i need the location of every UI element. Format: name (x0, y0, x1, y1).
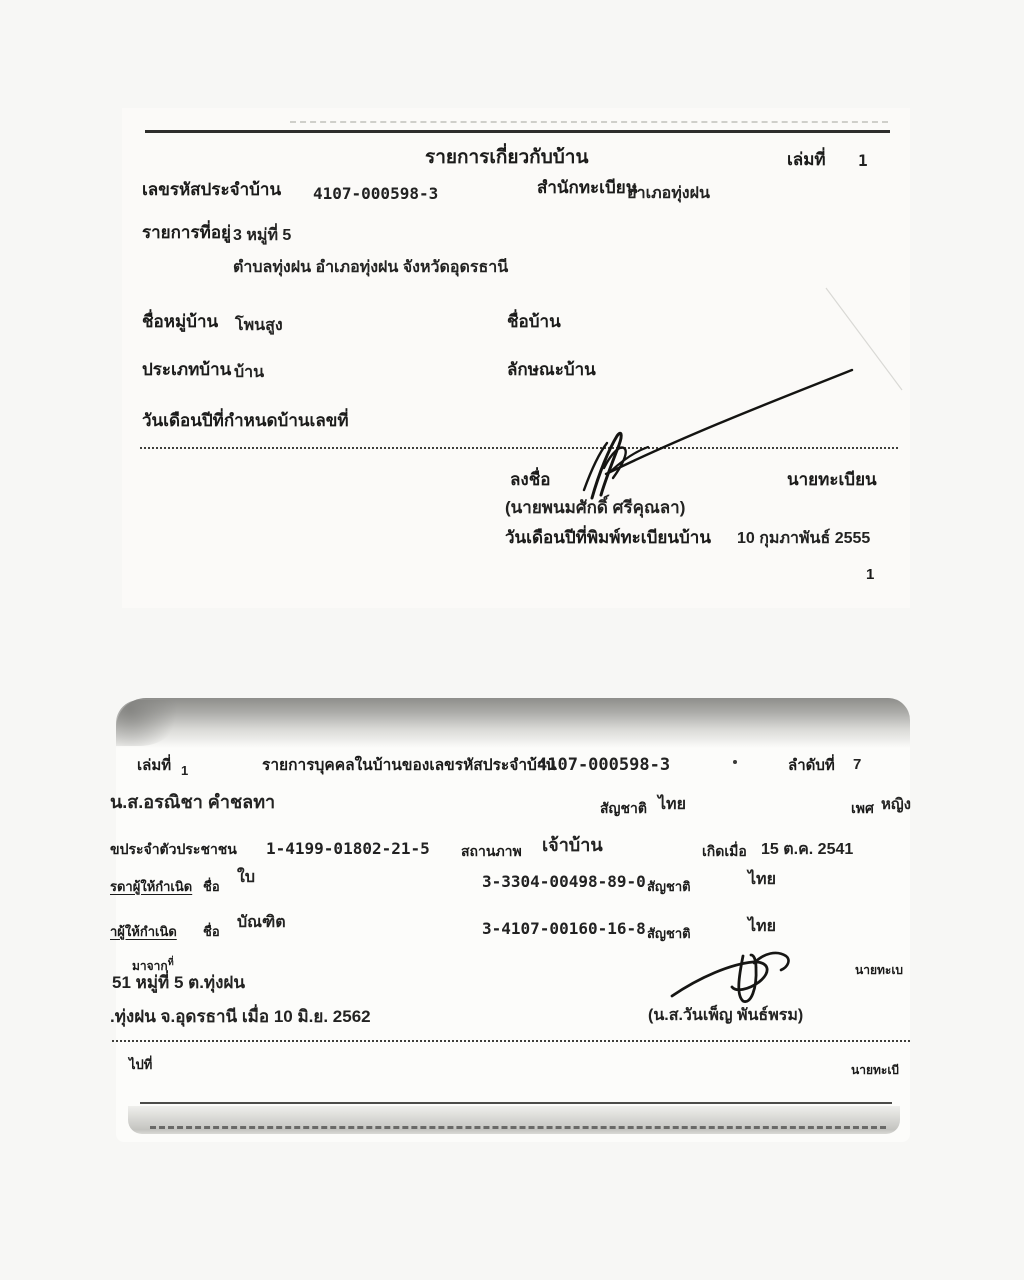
house-code-label: เลขรหัสประจำบ้าน (142, 179, 281, 200)
registry-office-label: สำนักทะเบียน (537, 177, 637, 198)
doc2-registrar-name: (น.ส.วันเพ็ญ พันธ์พรม) (648, 1006, 803, 1026)
doc1-volume-label: เล่มที่ (787, 149, 826, 170)
house-type-value: บ้าน (234, 363, 264, 383)
from-label-sup: ที่ (168, 957, 174, 967)
doc1-volume-value: 1 (858, 151, 868, 171)
scan-shadow-band (116, 698, 910, 748)
father-nationality-label: สัญชาติ (647, 926, 691, 942)
doc2-title: รายการบุคคลในบ้านของเลขรหัสประจำบ้าน (262, 756, 556, 775)
from-line1: 51 หมู่ที่ 5 ต.ทุ่งฝน (112, 972, 245, 993)
mother-name-value: ใบ (237, 868, 255, 888)
to-label: ไปที่ (129, 1057, 152, 1073)
father-nationality-value: ไทย (748, 917, 776, 937)
scanned-house-registration-page: รายการเกี่ยวกับบ้าน เล่มที่ 1 เลขรหัสประ… (0, 0, 1024, 1280)
birth-value: 15 ต.ค. 2541 (761, 840, 853, 860)
doc2-volume-label: เล่มที่ (137, 757, 171, 776)
doc2-house-code-value: 4107-000598-3 (537, 755, 670, 776)
house-style-label: ลักษณะบ้าน (507, 359, 596, 380)
doc2-registrar-title-top: นายทะเบ (855, 963, 903, 978)
mother-id-value: 3-3304-00498-89-0 (482, 872, 646, 892)
scan-smudge-line (290, 121, 888, 123)
birth-label: เกิดเมื่อ (702, 843, 747, 861)
sign-label: ลงชื่อ (510, 469, 550, 490)
mother-label: รดาผู้ให้กำเนิด (110, 879, 192, 895)
person-name: น.ส.อรณิชา คำชลทา (110, 791, 275, 814)
order-value: 7 (853, 756, 861, 775)
document-top-rule (145, 130, 890, 133)
from-label-text: มาจาก (132, 959, 168, 973)
father-label: าผู้ให้กำเนิด (110, 924, 177, 940)
mother-nationality-value: ไทย (748, 870, 776, 890)
citizen-id-value: 1-4199-01802-21-5 (266, 839, 430, 859)
doc1-dotted-separator (140, 447, 898, 449)
print-date-label: วันเดือนปีที่พิมพ์ทะเบียนบ้าน (505, 527, 711, 548)
doc1-registrar-name: (นายพนมศักดิ์ ศรีคุณลา) (505, 497, 685, 518)
doc2-dotted-separator (112, 1040, 910, 1042)
citizen-id-label: ขประจำตัวประชาชน (110, 841, 237, 859)
registry-office-value: อำเภอทุ่งฝน (627, 184, 710, 204)
from-line2: .ทุ่งฝน จ.อุดรธานี เมื่อ 10 มิ.ย. 2562 (110, 1006, 371, 1027)
nationality-label: สัญชาติ (600, 800, 647, 818)
address-label: รายการที่อยู่ (142, 222, 231, 243)
nationality-value: ไทย (658, 795, 686, 815)
doc2-bottom-rule (140, 1102, 892, 1104)
doc2-bottom-shadow-band (128, 1106, 900, 1134)
father-id-value: 3-4107-00160-16-8 (482, 919, 646, 939)
doc2-bottom-dashed-edge (150, 1126, 886, 1129)
doc1-title: รายการเกี่ยวกับบ้าน (425, 146, 588, 170)
mother-name-label: ชื่อ (203, 879, 220, 895)
status-label: สถานภาพ (461, 843, 522, 861)
father-name-value: บัณฑิต (237, 913, 286, 933)
print-date-value: 10 กุมภาพันธ์ 2555 (737, 529, 870, 549)
sex-label: เพศ (851, 800, 874, 818)
scan-artifact-dot (733, 760, 737, 764)
doc1-page-number: 1 (866, 566, 874, 585)
date-assigned-label: วันเดือนปีที่กำหนดบ้านเลขที่ (142, 410, 349, 431)
father-name-label: ชื่อ (203, 924, 220, 940)
village-name-value: โพนสูง (235, 316, 283, 336)
address-line2: ตำบลทุ่งฝน อำเภอทุ่งฝน จังหวัดอุดรธานี (233, 258, 508, 278)
house-code-value: 4107-000598-3 (313, 184, 438, 204)
house-type-label: ประเภทบ้าน (142, 359, 231, 380)
doc2-volume-value: 1 (181, 763, 188, 779)
house-name-label: ชื่อบ้าน (507, 311, 561, 332)
status-value: เจ้าบ้าน (542, 834, 603, 857)
doc1-registrar-title: นายทะเบียน (787, 469, 877, 490)
address-value: 3 หมู่ที่ 5 (233, 226, 291, 246)
village-name-label: ชื่อหมู่บ้าน (142, 311, 218, 332)
mother-nationality-label: สัญชาติ (647, 879, 691, 895)
doc2-registrar-title-bottom: นายทะเบี (851, 1063, 899, 1078)
sex-value: หญิง (881, 796, 911, 815)
order-label: ลำดับที่ (788, 757, 835, 776)
